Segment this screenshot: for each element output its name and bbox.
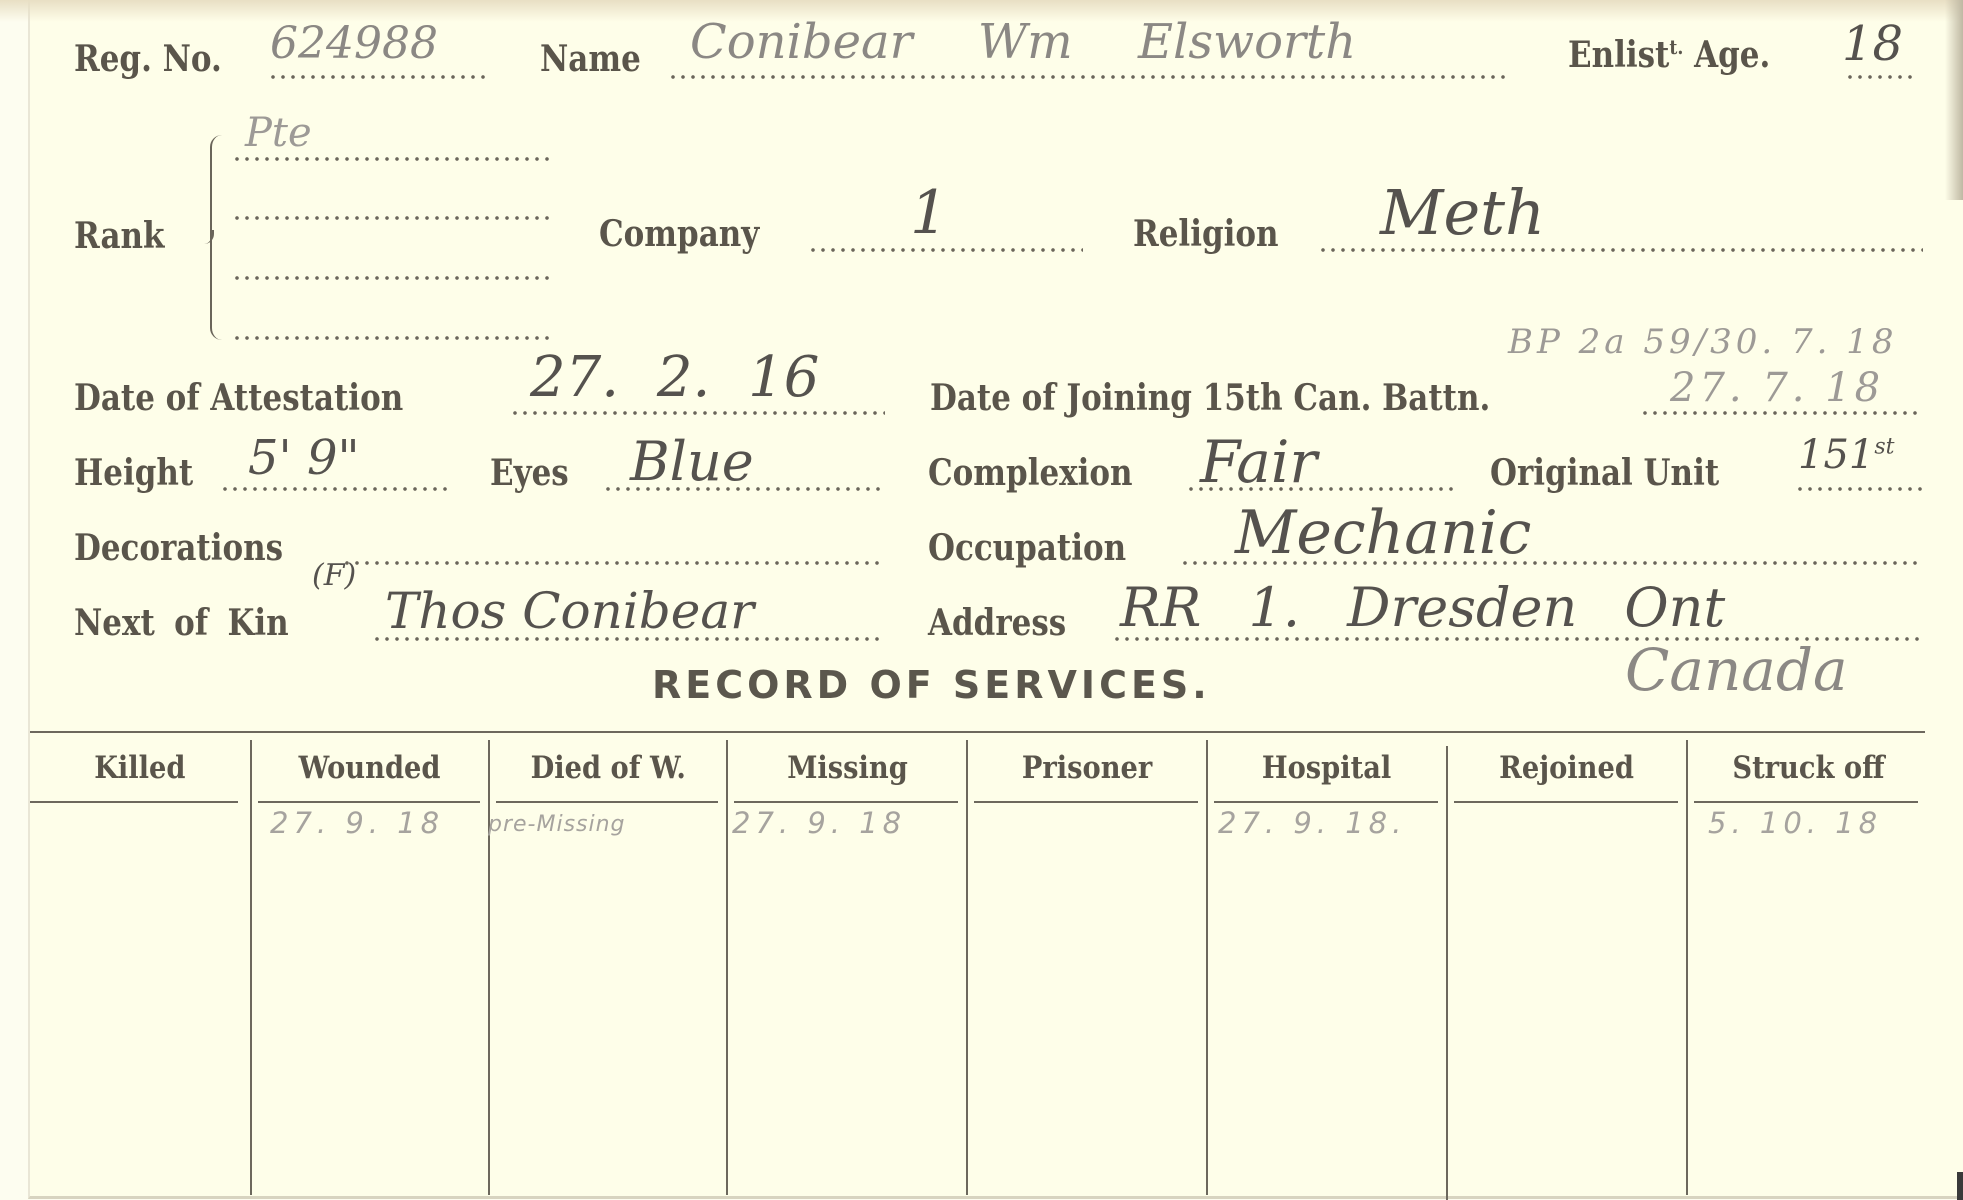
rank-line-2 [232, 215, 552, 221]
column-divider [1446, 746, 1448, 1200]
height-label: Height [74, 452, 193, 494]
column-header-missing: Missing [728, 740, 966, 796]
address-line-1: RR 1. Dresden Ont [1120, 576, 1725, 639]
cell-wounded: 27. 9. 18 [270, 806, 444, 856]
column-header-killed: Killed [30, 740, 250, 796]
column-header-prisoner: Prisoner [968, 740, 1206, 796]
attestation-label: Date of Attestation [74, 377, 403, 419]
column-header-wounded: Wounded [252, 740, 488, 796]
column-divider [726, 740, 728, 1195]
height-value: 5' 9" [248, 430, 360, 486]
age-dotted-line [1845, 74, 1915, 80]
header-underline [974, 801, 1198, 803]
company-value: 1 [910, 178, 948, 248]
company-label: Company [599, 213, 759, 255]
header-underline [1454, 801, 1678, 803]
column-divider [1206, 740, 1208, 1195]
address-label: Address [928, 602, 1066, 644]
eyes-label: Eyes [490, 452, 569, 494]
rank-label: Rank [74, 215, 164, 257]
cell-missing: 27. 9. 18 [732, 806, 906, 856]
column-header-died-of-wounds: Died of W. [490, 740, 726, 796]
attestation-value: 27. 2. 16 [530, 345, 819, 410]
rank-value-1: Pte [245, 110, 312, 156]
enlist-age-label: Enlistt. Age. [1568, 34, 1770, 76]
religion-label: Religion [1133, 213, 1279, 255]
cell-struck-off: 5. 10. 18 [1708, 806, 1882, 856]
next-of-kin-value: Thos Conibear [385, 582, 754, 640]
scan-corner-artifact [1957, 1172, 1963, 1200]
name-dotted-line [668, 74, 1508, 80]
enlist-age-value: 18 [1842, 16, 1903, 72]
header-underline [734, 801, 958, 803]
cell-died-of-wounds: pre-Missing [488, 812, 626, 862]
column-header-rejoined: Rejoined [1448, 740, 1686, 796]
joining-value: 27. 7. 18 [1670, 365, 1884, 411]
religion-value: Meth [1380, 176, 1545, 249]
name-value: Conibear Wm Elsworth [690, 14, 1356, 70]
occupation-value: Mechanic [1235, 498, 1531, 568]
rank-line-1 [232, 156, 552, 162]
column-header-hospital: Hospital [1208, 740, 1446, 796]
decorations-label: Decorations [74, 527, 283, 569]
original-unit-label: Original Unit [1490, 452, 1719, 494]
cell-hospital: 27. 9. 18. [1218, 806, 1406, 856]
column-divider [1686, 740, 1688, 1195]
header-underline [258, 801, 480, 803]
reg-no-label: Reg. No. [74, 38, 222, 80]
height-dotted-line [220, 486, 450, 492]
record-of-services-title: RECORD OF SERVICES. [652, 663, 1211, 707]
header-underline [496, 801, 718, 803]
occupation-label: Occupation [928, 527, 1126, 569]
column-header-struck-off: Struck off [1688, 740, 1928, 796]
name-label: Name [540, 38, 641, 80]
header-underline [1694, 801, 1918, 803]
complexion-label: Complexion [928, 452, 1133, 494]
eyes-value: Blue [630, 430, 754, 493]
next-of-kin-relation: (F) [312, 558, 356, 593]
header-underline [30, 801, 238, 803]
address-line-2: Canada [1625, 636, 1848, 704]
original-unit-dotted-line [1795, 486, 1923, 492]
column-divider [488, 740, 490, 1195]
attestation-dotted-line [510, 410, 885, 416]
reg-no-dotted-line [268, 74, 490, 80]
reference-annotation: BP 2a 59/30. 7. 18 [1508, 322, 1898, 362]
header-underline [1214, 801, 1438, 803]
reg-no-value: 624988 [270, 18, 438, 69]
rank-line-3 [232, 275, 552, 281]
card-edge-shadow-right [1945, 0, 1963, 200]
table-top-rule [30, 731, 1925, 733]
rank-line-4 [232, 335, 552, 341]
column-divider [250, 740, 252, 1195]
next-of-kin-label: Next of Kin [74, 602, 289, 644]
joining-label: Date of Joining 15th Can. Battn. [930, 377, 1490, 419]
complexion-value: Fair [1200, 428, 1317, 496]
column-divider [966, 740, 968, 1195]
original-unit-value: 151st [1798, 432, 1895, 478]
decorations-dotted-line [342, 560, 885, 566]
